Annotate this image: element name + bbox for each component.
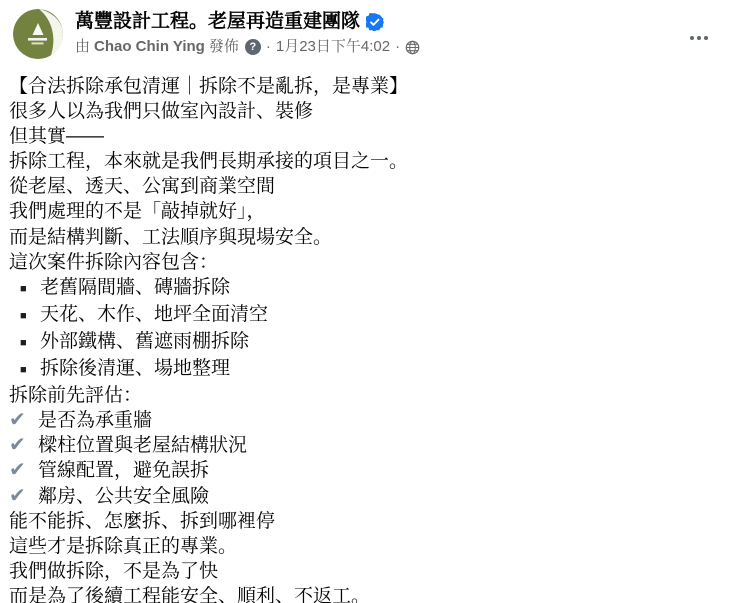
meta-separator: · (394, 37, 401, 57)
post-text-line: 而是為了後續工程能安全、順利、不返工。 (9, 584, 713, 603)
post-bullet-item: ■拆除後清運、場地整理 (9, 356, 713, 383)
page-logo-icon (13, 9, 63, 59)
line-text: 而是為了後續工程能安全、順利、不返工。 (9, 586, 370, 603)
timestamp-link[interactable]: 1月23日下午4:02 (276, 37, 390, 57)
meta-separator: · (265, 37, 272, 57)
ellipsis-icon (704, 36, 708, 40)
page-avatar[interactable] (13, 9, 63, 59)
byline-prefix: 由 (75, 37, 90, 57)
line-text: 很多人以為我們只做室內設計、裝修 (9, 101, 313, 122)
check-icon: ✔ (9, 458, 38, 483)
post-check-item: ✔是否為承重牆 (9, 408, 713, 433)
check-icon: ✔ (9, 433, 38, 458)
post-text-line: 而是結構判斷、工法順序與現場安全。 (9, 225, 713, 250)
line-text: 能不能拆、怎麼拆、拆到哪裡停 (9, 511, 275, 532)
post-text-line: 拆除前先評估： (9, 383, 713, 408)
line-text: 這些才是拆除真正的專業。 (9, 536, 237, 557)
post-bullet-item: ■老舊隔間牆、磚牆拆除 (9, 275, 713, 302)
line-text: 從老屋、透天、公寓到商業空間 (9, 176, 275, 197)
post-check-item: ✔樑柱位置與老屋結構狀況 (9, 433, 713, 458)
facebook-post: 萬豐設計工程。老屋再造重建團隊 由 Chao Chin Ying 發佈 ? · … (0, 0, 729, 603)
line-text: 樑柱位置與老屋結構狀況 (38, 435, 247, 456)
post-text-line: 我們做拆除，不是為了快 (9, 559, 713, 584)
post-text-line: 拆除工程，本來就是我們長期承接的項目之一。 (9, 149, 713, 174)
post-text-line: 這些才是拆除真正的專業。 (9, 534, 713, 559)
post-text-line: 【合法拆除承包清運｜拆除不是亂拆，是專業】 (9, 74, 713, 99)
line-text: 但其實—— (9, 126, 104, 147)
post-text-line: 這次案件拆除內容包含： (9, 250, 713, 275)
post-check-item: ✔鄰房、公共安全風險 (9, 484, 713, 509)
post-text-line: 很多人以為我們只做室內設計、裝修 (9, 99, 713, 124)
post-meta-row: 由 Chao Chin Ying 發佈 ? · 1月23日下午4:02 · (75, 37, 420, 57)
line-text: 我們做拆除，不是為了快 (9, 561, 218, 582)
line-text: 天花、木作、地坪全面清空 (40, 304, 268, 325)
line-text: 而是結構判斷、工法順序與現場安全。 (9, 227, 332, 248)
line-text: 拆除工程，本來就是我們長期承接的項目之一。 (9, 151, 408, 172)
line-text: 是否為承重牆 (38, 410, 152, 431)
square-bullet-icon: ■ (20, 304, 40, 329)
byline-suffix: 發佈 (209, 37, 239, 57)
line-text: 外部鐵構、舊遮雨棚拆除 (40, 331, 249, 352)
privacy-help-icon[interactable]: ? (245, 39, 261, 55)
check-icon: ✔ (9, 484, 38, 509)
ellipsis-icon (690, 36, 694, 40)
line-text: 老舊隔間牆、磚牆拆除 (40, 277, 230, 298)
line-text: 鄰房、公共安全風險 (38, 486, 209, 507)
page-name-row: 萬豐設計工程。老屋再造重建團隊 (75, 10, 420, 34)
post-header-text: 萬豐設計工程。老屋再造重建團隊 由 Chao Chin Ying 發佈 ? · … (75, 9, 420, 57)
author-link[interactable]: Chao Chin Ying (94, 37, 205, 57)
line-text: 拆除前先評估： (9, 385, 142, 406)
page-name-link[interactable]: 萬豐設計工程。老屋再造重建團隊 (75, 10, 360, 34)
square-bullet-icon: ■ (20, 277, 40, 302)
post-text-body: 【合法拆除承包清運｜拆除不是亂拆，是專業】很多人以為我們只做室內設計、裝修但其實… (0, 59, 729, 603)
post-text-line: 從老屋、透天、公寓到商業空間 (9, 174, 713, 199)
line-text: 這次案件拆除內容包含： (9, 252, 218, 273)
line-text: 【合法拆除承包清運｜拆除不是亂拆，是專業】 (9, 76, 408, 97)
post-bullet-item: ■天花、木作、地坪全面清空 (9, 302, 713, 329)
post-header: 萬豐設計工程。老屋再造重建團隊 由 Chao Chin Ying 發佈 ? · … (0, 0, 729, 59)
verified-badge-icon (366, 13, 384, 31)
check-icon: ✔ (9, 408, 38, 433)
ellipsis-icon (697, 36, 701, 40)
post-text-line: 我們處理的不是「敲掉就好」， (9, 199, 713, 224)
post-text-line: 但其實—— (9, 124, 713, 149)
square-bullet-icon: ■ (20, 331, 40, 356)
square-bullet-icon: ■ (20, 358, 40, 383)
audience-globe-icon (405, 40, 420, 55)
more-options-button[interactable] (681, 20, 717, 56)
line-text: 我們處理的不是「敲掉就好」， (9, 201, 266, 222)
line-text: 拆除後清運、場地整理 (40, 358, 230, 379)
post-check-item: ✔管線配置，避免誤拆 (9, 458, 713, 483)
post-bullet-item: ■外部鐵構、舊遮雨棚拆除 (9, 329, 713, 356)
post-text-line: 能不能拆、怎麼拆、拆到哪裡停 (9, 509, 713, 534)
line-text: 管線配置，避免誤拆 (38, 460, 209, 481)
